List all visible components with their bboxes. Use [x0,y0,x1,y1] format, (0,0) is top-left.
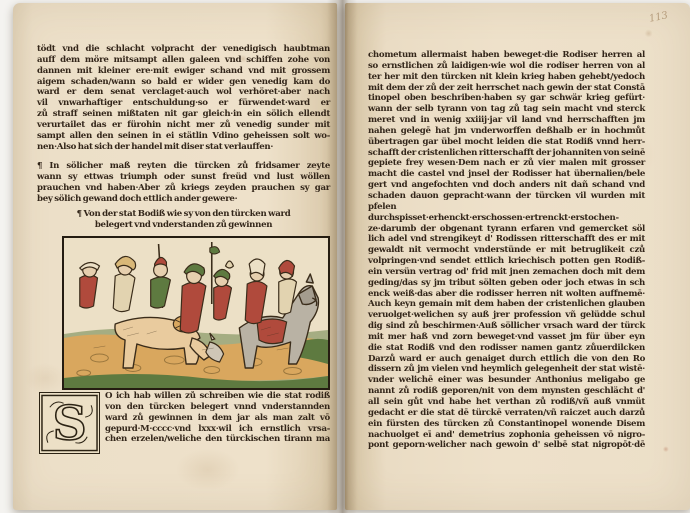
text-line: mit dem der zů der zeit herrschet nach g… [368,83,645,94]
text-line: nen·Also hat sich der handel mit diser s… [37,142,330,153]
left-page: tödt vnd die schlacht volpracht der vene… [13,3,337,510]
text-line: ein fürsten des türcken zů Constantinope… [368,419,645,430]
right-page-text-column: chometum allermaist haben beweget·die Ro… [368,50,645,451]
text-line: gewaldt nit vermocht vnderstünde er mit … [368,245,645,256]
text-line: nachuolget eī and' demetrius zophonia ge… [368,430,645,441]
initial-s-woodcut: S [40,393,99,453]
text-line: die stat Rodiß vnd den rodisser namen ga… [368,343,645,354]
text-line: gedacht er die stat dē türckē verraten/v… [368,408,645,419]
text-line: ¶ In sölicher maß reyten die türcken zů … [37,161,330,172]
text-line: dissern zů jm vielen vnd heymlich gelege… [368,364,645,375]
text-line: gert vnd angefochten vnd doch anders nit… [368,180,645,191]
text-line: Auch keyn gemain mit dem haben der crist… [368,299,645,310]
text-line: von den türcken belegert vnnd vnderstann… [105,402,330,413]
text-line: dannen mit kleiner ere·mit ewiger schand… [37,66,330,77]
handwritten-folio-number: 113 [648,10,669,25]
text-line: schafft der cristenlichen ritterschafft … [368,148,645,159]
text-line: tödt vnd die schlacht volpracht der vene… [37,44,330,55]
right-page: 113 chometum allermaist haben beweget·di… [345,3,690,510]
text-line: nahen gelegē hat jm vnderworffen deßhalb… [368,126,645,137]
text-line: tinopel oben beschriben·haben sy gar sch… [368,93,645,104]
text-line: bey sölich gewand doch ettlich ander gew… [37,194,330,205]
paragraph-turkish-dress: ¶ In sölicher maß reyten die türcken zů … [37,161,330,204]
text-line: pfelen durchspisset·erhenckt·erschossen·… [368,202,645,224]
text-line: chen erzelen/weliche den türckischen tir… [105,434,330,445]
text-line: O ich hab willen zů schreiben wie die st… [105,391,330,402]
decorative-initial-letter: S [39,392,100,454]
text-line: wann der selb tyrann von tag zů tag sein… [368,104,645,115]
text-line: veruolget·welichen sy auß jrer professio… [368,310,645,321]
paragraph-rhodes-intro: S O ich hab willen zů schreiben wie die … [39,391,330,454]
text-line: auff dem möre mitsampt allen galeen vnd … [37,55,330,66]
text-line: so ernstlichen zů laidigen·wie wol die r… [368,61,645,72]
text-line: gepiete frey wesen·Dem nach er zů vier m… [368,158,645,169]
text-line: dig sind zů beschirmen·Auß söllicher vrs… [368,321,645,332]
paragraph-venice-aftermath: tödt vnd die schlacht volpracht der vene… [37,44,330,152]
text-line: vil vnwarhaftiger entschuldung·so er für… [37,98,330,109]
text-line: aigem schaden/wann so bald er wider gen … [37,77,330,88]
text-line: sampt allen den seinen in ei stätlin Vdi… [37,131,330,142]
text-line: chometum allermaist haben beweget·die Ro… [368,50,645,61]
text-line: ein versün vertrag od' frid mit jnen zem… [368,267,645,278]
text-line: schaden dauon gepracht·wann der türcken … [368,191,645,202]
paragraph-rhodes-intro-lines: O ich hab willen zů schreiben wie die st… [105,391,330,445]
text-line: volpringen·vnd sendet ettlich kriechisch… [368,256,645,267]
text-line: ward zů gewinnen in dem jar als man zalt… [105,413,330,424]
heading-line: ¶ Von der stat Bodiß wie sy von den türc… [37,209,330,220]
svg-text:S: S [53,397,87,452]
text-line: mit mer haß vnd zorn beweget·vnd vasset … [368,332,645,343]
open-book-spread: tödt vnd die schlacht volpracht der vene… [0,0,690,513]
heading-line: belegert vnd vnderstanden zů gewinnen [37,220,330,231]
text-line: zů straff seinen mißtaten nit gar gleich… [37,109,330,120]
text-line: gepurd·M·cccc·vnd lxxx·wil ich ernstlich… [105,424,330,435]
chapter-heading: ¶ Von der stat Bodiß wie sy von den türc… [37,209,330,231]
text-line: ward er dem senat verclaget·auch wol ver… [37,87,330,98]
text-line: wann sy ettwas triumph oder sunst freüd … [37,172,330,183]
text-line: Darzů ward er auch genaiget durch ettlic… [368,354,645,365]
text-line: übertragen gar übel mocht leiden die sta… [368,137,645,148]
text-line: meret vnd in wenig xxiiij·jar vil land v… [368,115,645,126]
text-line: nannt zů rodiß geporen/nit von dem mynst… [368,386,645,397]
text-line: all sein gůt vnd habe het verthan zů rod… [368,397,645,408]
woodcut-riders-illustration [62,236,330,390]
text-line: vnder welichē einer was besunder Anthoni… [368,375,645,386]
woodcut-image [64,238,328,388]
text-line: ze·darumb der obgenant tyrann erfaren vn… [368,224,645,235]
text-line: lich adel vnd strengikeyt d' Rodissen ri… [368,234,645,245]
text-line: ter her mit den türcken nit klein krieg … [368,72,645,83]
text-line: macht die castel vnd jnsel der Rodisser … [368,169,645,180]
text-line: enck weiß·das aber die rodisser herren n… [368,289,645,300]
text-line: geding/das sy jm tribut sölten geben ode… [368,278,645,289]
left-page-text-column: tödt vnd die schlacht volpracht der vene… [37,44,330,231]
text-line: pont geporn·welicher nach gewoin d' selb… [368,440,645,451]
text-line: verurtailet das er fürohin nicht mer zů … [37,120,330,131]
text-line: prauchen vnd haben·Aber zů kriegs zeyden… [37,183,330,194]
